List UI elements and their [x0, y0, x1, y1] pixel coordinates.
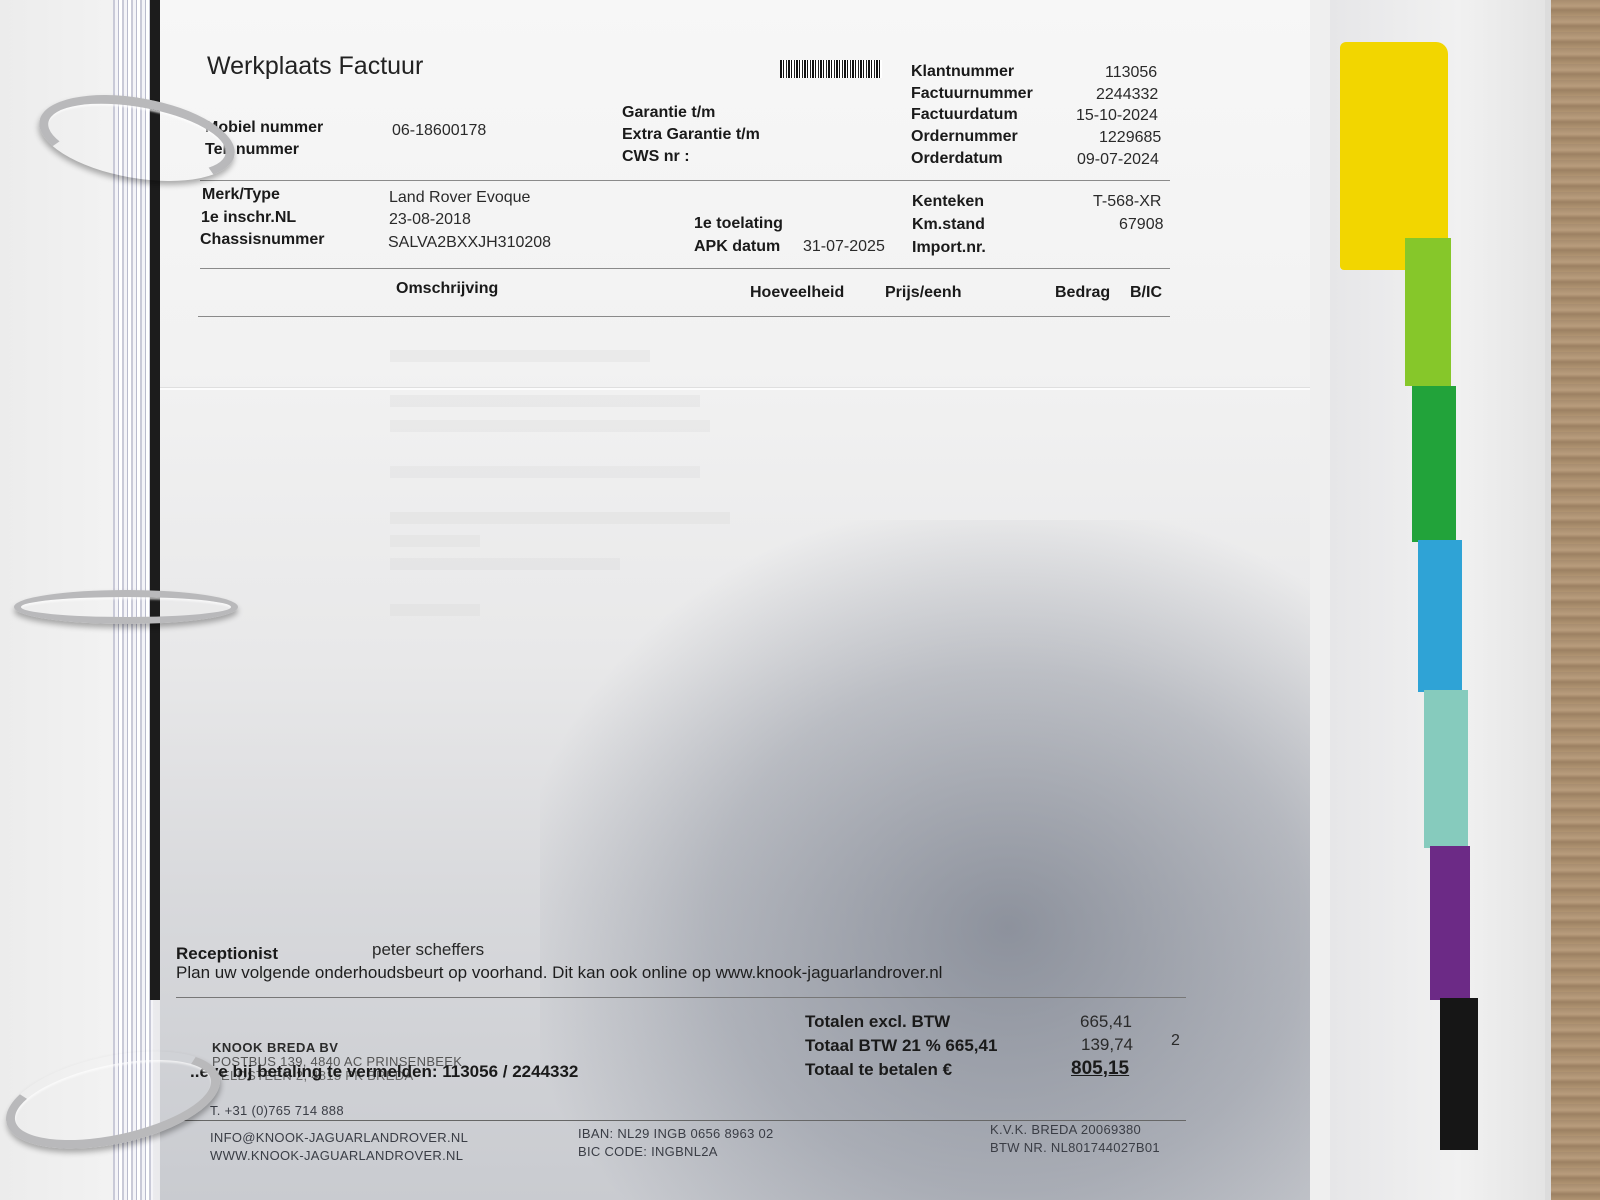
company-bic: BIC CODE: INGBNL2A	[578, 1144, 718, 1159]
order-number-label: Ordernummer	[911, 128, 1018, 146]
make-type-label: Merk/Type	[202, 186, 280, 204]
company-iban: IBAN: NL29 INGB 0656 8963 02	[578, 1126, 774, 1141]
mileage-value: 67908	[1119, 216, 1164, 234]
total-vat-label: Totaal BTW 21 % 665,41	[805, 1036, 997, 1056]
col-description: Omschrijving	[396, 280, 498, 298]
maintenance-note: Plan uw volgende onderhoudsbeurt op voor…	[176, 963, 942, 983]
first-registration-value: 23-08-2018	[389, 211, 471, 229]
invoice-date-value: 15-10-2024	[1076, 107, 1158, 125]
total-vat-value: 139,74	[1081, 1035, 1133, 1055]
tab-yellow[interactable]	[1340, 42, 1448, 270]
receptionist-label: Receptionist	[176, 944, 278, 964]
divider	[200, 268, 1170, 269]
invoice-title: Werkplaats Factuur	[207, 52, 423, 81]
total-due-label: Totaal te betalen €	[805, 1060, 952, 1080]
mileage-label: Km.stand	[912, 216, 985, 234]
customer-number-value: 113056	[1105, 64, 1157, 82]
col-unit-price: Prijs/eenh	[885, 284, 961, 302]
chassis-label: Chassisnummer	[200, 231, 325, 249]
license-plate-value: T-568-XR	[1093, 193, 1161, 211]
tab-blue[interactable]	[1418, 540, 1462, 692]
tab-purple[interactable]	[1430, 846, 1470, 1000]
customer-number-label: Klantnummer	[911, 63, 1014, 81]
tab-teal[interactable]	[1424, 690, 1468, 848]
binder-ring-middle	[14, 590, 238, 624]
barcode	[780, 60, 882, 78]
invoice-number-label: Factuurnummer	[911, 85, 1033, 103]
divider	[200, 180, 1170, 181]
col-quantity: Hoeveelheid	[750, 284, 844, 302]
mobile-value: 06-18600178	[392, 122, 486, 140]
make-type-value: Land Rover Evoque	[389, 189, 530, 207]
import-number-label: Import.nr.	[912, 239, 986, 257]
receptionist-value: peter scheffers	[372, 940, 484, 960]
extra-warranty-label: Extra Garantie t/m	[622, 126, 760, 144]
first-registration-label: 1e inschr.NL	[201, 209, 296, 227]
divider	[176, 997, 1186, 998]
company-phone: T. +31 (0)765 714 888	[210, 1103, 344, 1118]
tab-green[interactable]	[1412, 386, 1456, 542]
invoice-date-label: Factuurdatum	[911, 106, 1018, 124]
total-excl-label: Totalen excl. BTW	[805, 1012, 950, 1032]
tab-black[interactable]	[1440, 998, 1478, 1150]
company-vat-number: BTW NR. NL801744027B01	[990, 1140, 1160, 1155]
divider	[174, 1120, 1186, 1121]
company-kvk: K.V.K. BREDA 20069380	[990, 1122, 1141, 1137]
payment-reference: ..eve bij betaling te vermelden: 113056 …	[190, 1062, 578, 1082]
paper-fold	[160, 387, 1310, 390]
col-btw-code: B/IC	[1130, 284, 1162, 302]
warranty-label: Garantie t/m	[622, 104, 715, 122]
invoice-number-value: 2244332	[1096, 86, 1158, 104]
cws-label: CWS nr :	[622, 148, 690, 166]
chassis-value: SALVA2BXXJH310208	[388, 234, 551, 252]
company-email[interactable]: INFO@KNOOK-JAGUARLANDROVER.NL	[210, 1130, 468, 1145]
photo-shadow	[540, 520, 1310, 1200]
order-date-label: Orderdatum	[911, 150, 1003, 168]
tab-light-green[interactable]	[1405, 238, 1451, 386]
apk-value: 31-07-2025	[803, 238, 885, 256]
apk-label: APK datum	[694, 238, 780, 256]
col-amount: Bedrag	[1055, 284, 1110, 302]
total-vat-code: 2	[1171, 1032, 1180, 1050]
first-admission-label: 1e toelating	[694, 215, 783, 233]
invoice-page: Werkplaats Factuur Mobiel nummer 06-1860…	[160, 0, 1310, 1200]
company-website[interactable]: WWW.KNOOK-JAGUARLANDROVER.NL	[210, 1148, 463, 1163]
total-due-value: 805,15	[1071, 1058, 1129, 1080]
divider	[198, 316, 1170, 317]
license-plate-label: Kenteken	[912, 193, 984, 211]
order-number-value: 1229685	[1099, 129, 1161, 147]
order-date-value: 09-07-2024	[1077, 151, 1159, 169]
company-name: KNOOK BREDA BV	[212, 1040, 338, 1055]
total-excl-value: 665,41	[1080, 1012, 1132, 1032]
